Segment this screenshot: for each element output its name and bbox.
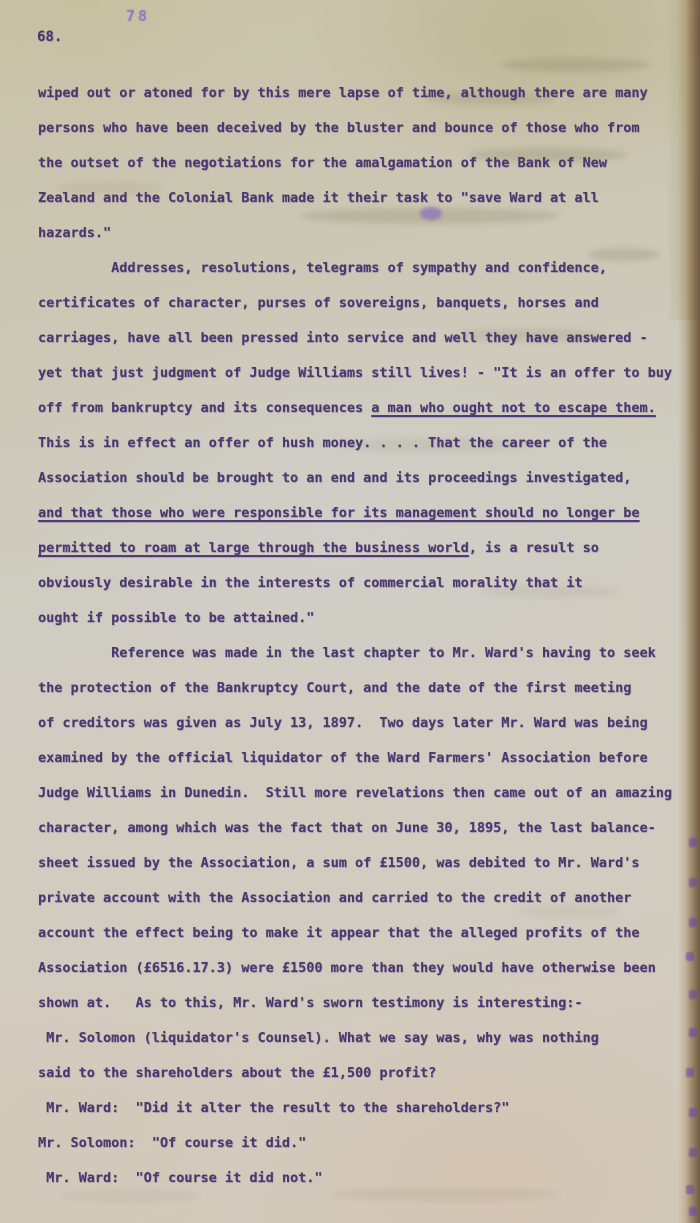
text-run: wiped out or atoned for by this mere lap…: [38, 85, 648, 101]
text-body: wiped out or atoned for by this mere lap…: [38, 76, 698, 1196]
text-line: hazards.": [38, 216, 698, 251]
text-line: sheet issued by the Association, a sum o…: [38, 846, 698, 881]
paragraph: Addresses, resolutions, telegrams of sym…: [38, 251, 698, 636]
text-run: obviously desirable in the interests of …: [38, 575, 583, 591]
text-run: ought if possible to be attained.": [38, 610, 314, 626]
text-run: Mr. Solomon (liquidator's Counsel). What…: [38, 1030, 599, 1046]
paragraph: Reference was made in the last chapter t…: [38, 636, 698, 1021]
text-run: examined by the official liquidator of t…: [38, 750, 648, 766]
paragraph: Mr. Solomon: "Of course it did.": [38, 1126, 698, 1161]
text-run: the outset of the negotiations for the a…: [38, 155, 607, 171]
scanned-page: 78 68. wiped out or atoned for by this m…: [0, 0, 700, 1223]
paragraph: Mr. Ward: "Of course it did not.": [38, 1161, 698, 1196]
text-line: account the effect being to make it appe…: [38, 916, 698, 951]
text-line: shown at. As to this, Mr. Ward's sworn t…: [38, 986, 698, 1021]
text-run: hazards.": [38, 225, 111, 241]
text-line: of creditors was given as July 13, 1897.…: [38, 706, 698, 741]
stamp: 78: [126, 7, 150, 25]
text-run: Association should be brought to an end …: [38, 470, 631, 486]
text-run: private account with the Association and…: [38, 890, 631, 906]
text-line: yet that just judgment of Judge Williams…: [38, 356, 698, 391]
text-run: Mr. Ward: "Of course it did not.": [38, 1170, 322, 1186]
text-line: the protection of the Bankruptcy Court, …: [38, 671, 698, 706]
text-line: Addresses, resolutions, telegrams of sym…: [38, 251, 698, 286]
text-line: obviously desirable in the interests of …: [38, 566, 698, 601]
underlined-text: permitted to roam at large through the b…: [38, 540, 469, 556]
text-line: Zealand and the Colonial Bank made it th…: [38, 181, 698, 216]
text-run: of creditors was given as July 13, 1897.…: [38, 715, 648, 731]
text-run: Reference was made in the last chapter t…: [38, 645, 656, 661]
text-run: persons who have been deceived by the bl…: [38, 120, 639, 136]
text-run: Addresses, resolutions, telegrams of sym…: [38, 260, 607, 276]
text-line: the outset of the negotiations for the a…: [38, 146, 698, 181]
text-run: said to the shareholders about the £1,50…: [38, 1065, 436, 1081]
text-line: Judge Williams in Dunedin. Still more re…: [38, 776, 698, 811]
text-run: Judge Williams in Dunedin. Still more re…: [38, 785, 672, 801]
text-line: permitted to roam at large through the b…: [38, 531, 698, 566]
text-line: off from bankruptcy and its consequences…: [38, 391, 698, 426]
text-run: character, among which was the fact that…: [38, 820, 656, 836]
text-line: private account with the Association and…: [38, 881, 698, 916]
text-line: Mr. Solomon (liquidator's Counsel). What…: [38, 1021, 698, 1056]
text-run: carriages, have all been pressed into se…: [38, 330, 648, 346]
text-line: This is in effect an offer of hush money…: [38, 426, 698, 461]
text-run: shown at. As to this, Mr. Ward's sworn t…: [38, 995, 583, 1011]
text-line: carriages, have all been pressed into se…: [38, 321, 698, 356]
text-run: off from bankruptcy and its consequences: [38, 400, 371, 416]
text-line: wiped out or atoned for by this mere lap…: [38, 76, 698, 111]
text-run: , is a result so: [469, 540, 599, 556]
text-line: and that those who were responsible for …: [38, 496, 698, 531]
text-run: Mr. Ward: "Did it alter the result to th…: [38, 1100, 509, 1116]
text-run: Mr. Solomon: "Of course it did.": [38, 1135, 306, 1151]
paragraph: Mr. Solomon (liquidator's Counsel). What…: [38, 1021, 698, 1091]
text-line: Mr. Solomon: "Of course it did.": [38, 1126, 698, 1161]
underlined-text: and that those who were responsible for …: [38, 505, 639, 521]
bleedthrough-smudge: [500, 58, 650, 72]
text-run: This is in effect an offer of hush money…: [38, 435, 607, 451]
text-run: account the effect being to make it appe…: [38, 925, 639, 941]
text-line: Association (£6516.17.3) were £1500 more…: [38, 951, 698, 986]
text-run: Association (£6516.17.3) were £1500 more…: [38, 960, 656, 976]
paragraph: wiped out or atoned for by this mere lap…: [38, 76, 698, 251]
text-run: the protection of the Bankruptcy Court, …: [38, 680, 631, 696]
text-run: Zealand and the Colonial Bank made it th…: [38, 190, 599, 206]
text-line: said to the shareholders about the £1,50…: [38, 1056, 698, 1091]
text-run: sheet issued by the Association, a sum o…: [38, 855, 639, 871]
text-line: Reference was made in the last chapter t…: [38, 636, 698, 671]
text-line: persons who have been deceived by the bl…: [38, 111, 698, 146]
text-run: certificates of character, purses of sov…: [38, 295, 599, 311]
text-line: Mr. Ward: "Did it alter the result to th…: [38, 1091, 698, 1126]
text-line: examined by the official liquidator of t…: [38, 741, 698, 776]
text-line: Mr. Ward: "Of course it did not.": [38, 1161, 698, 1196]
text-line: ought if possible to be attained.": [38, 601, 698, 636]
text-line: character, among which was the fact that…: [38, 811, 698, 846]
text-line: certificates of character, purses of sov…: [38, 286, 698, 321]
underlined-text: a man who ought not to escape them.: [371, 400, 655, 416]
paragraph: Mr. Ward: "Did it alter the result to th…: [38, 1091, 698, 1126]
text-run: yet that just judgment of Judge Williams…: [38, 365, 672, 381]
page-number: 68.: [37, 29, 62, 45]
text-line: Association should be brought to an end …: [38, 461, 698, 496]
